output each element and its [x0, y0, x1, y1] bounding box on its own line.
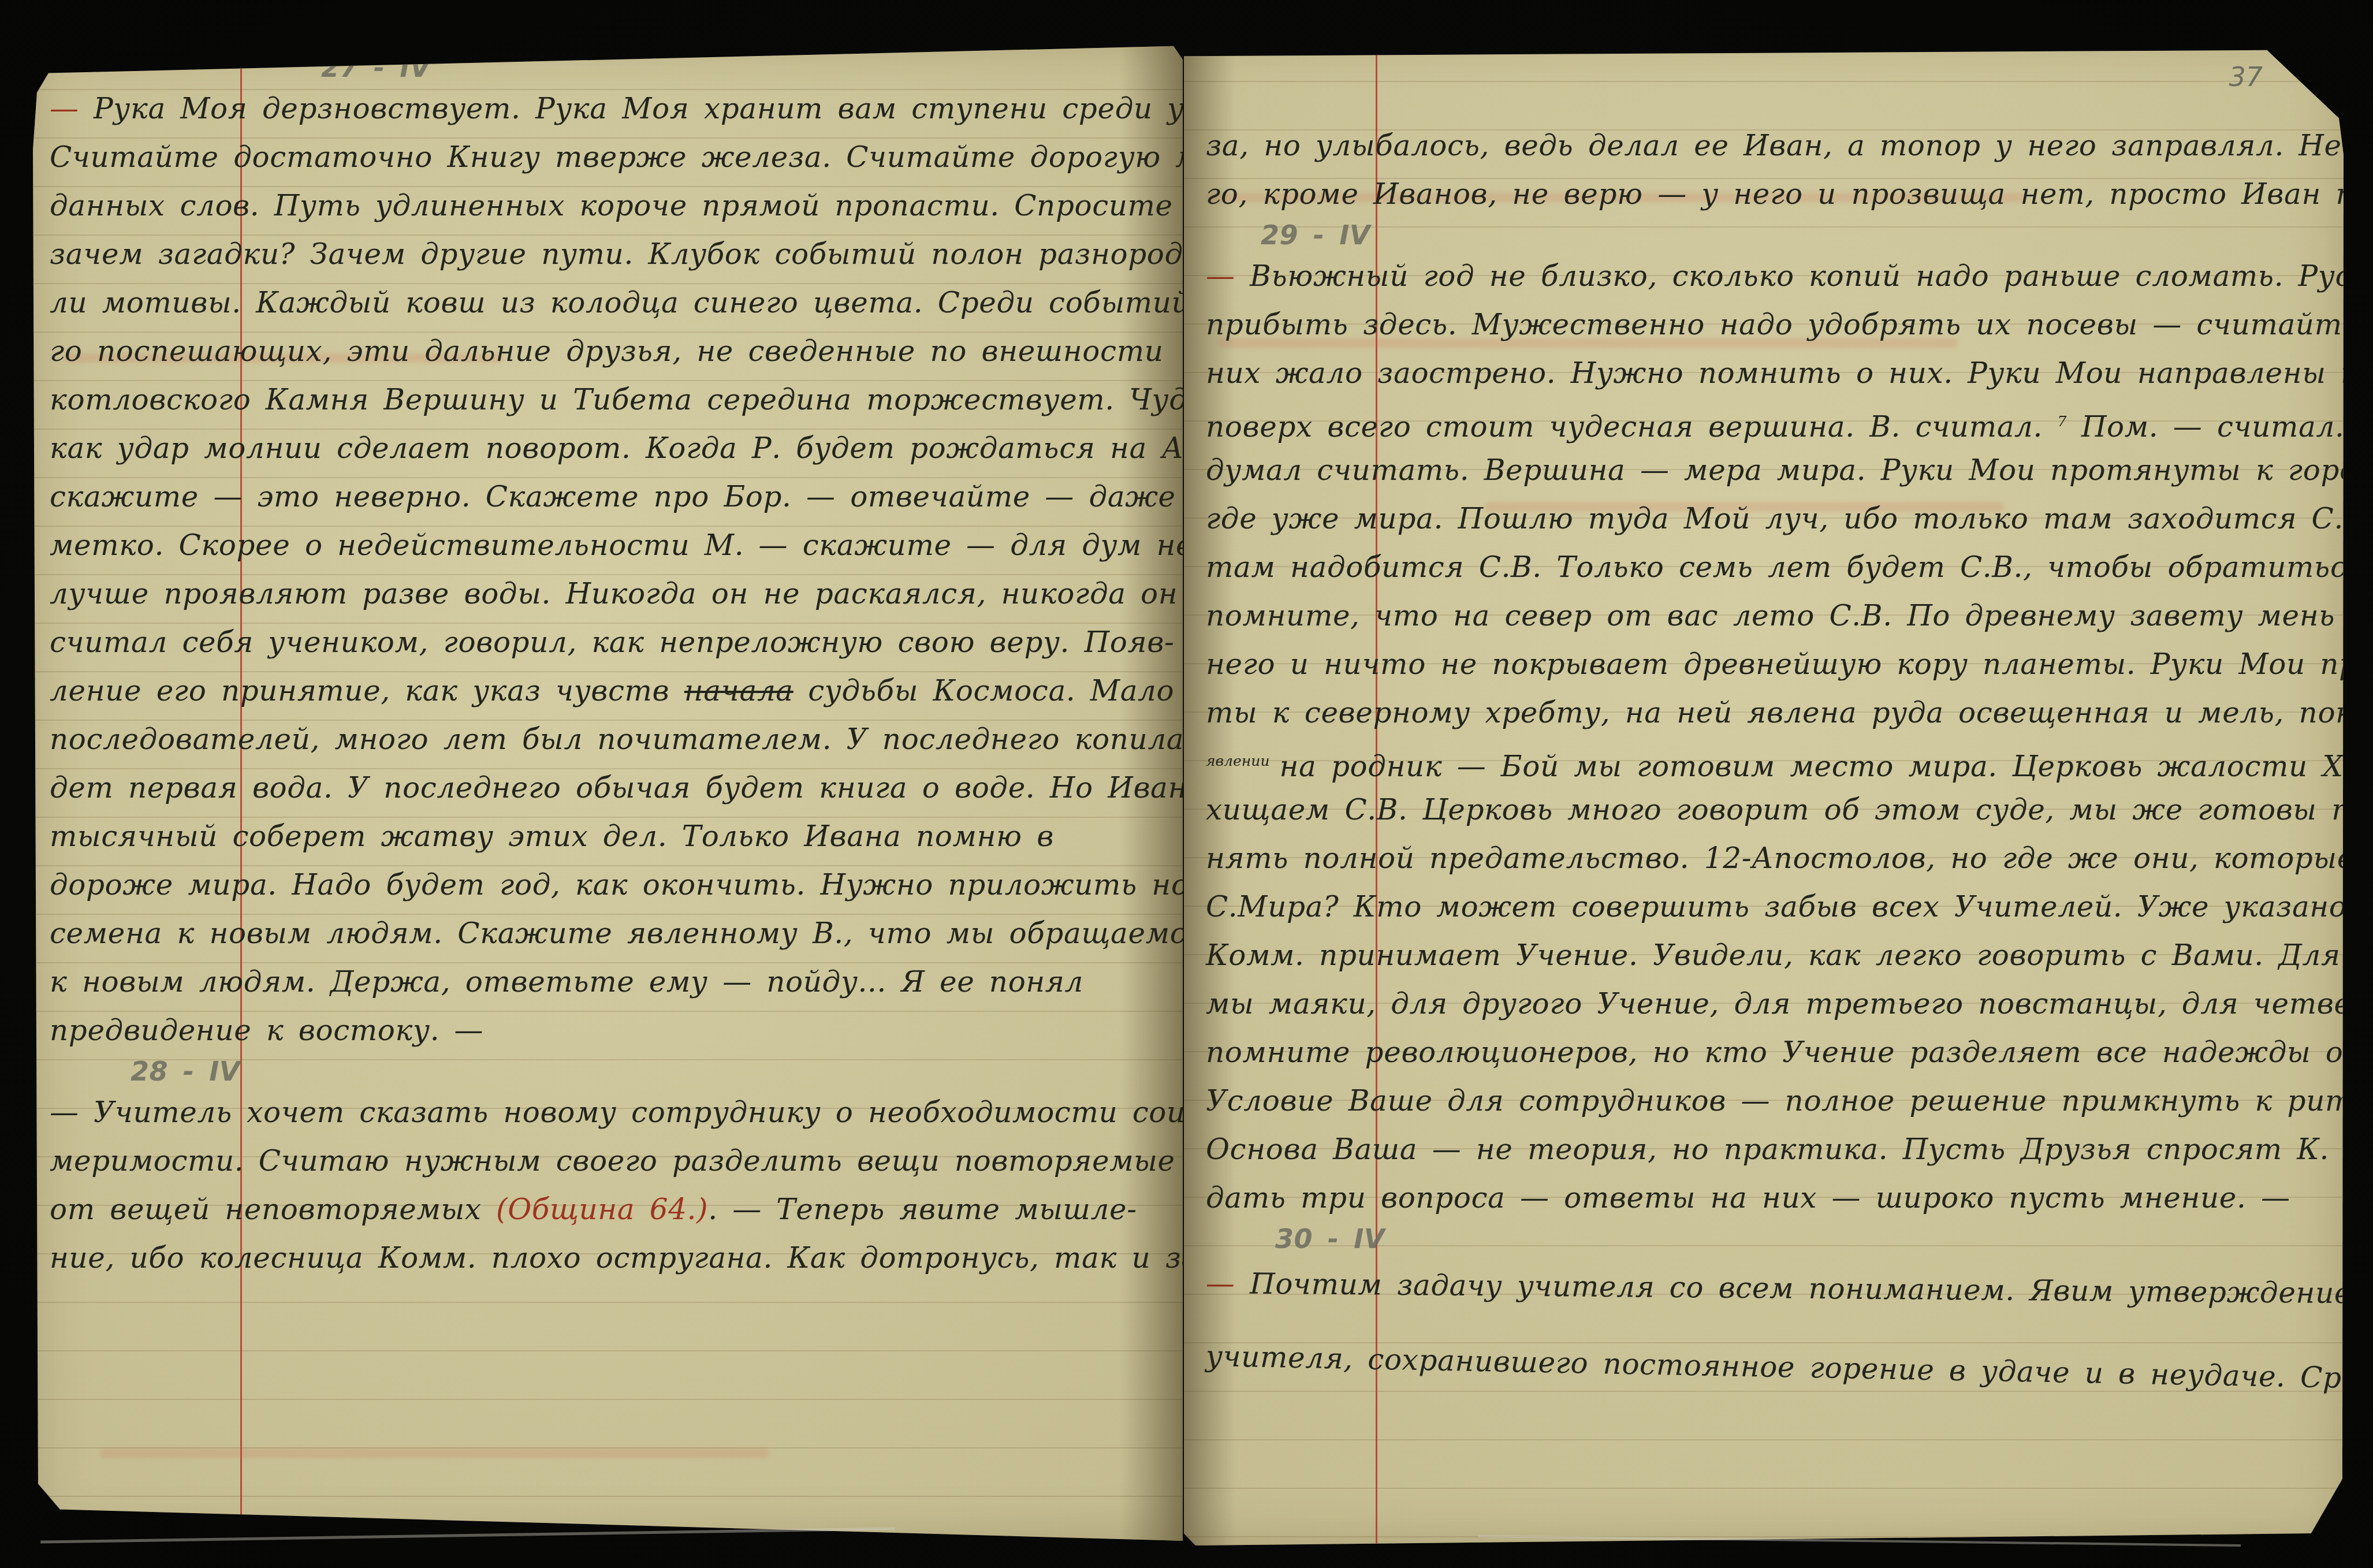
text-segment-ink: мы маяки, для другого Учение, для третье…: [1206, 987, 2344, 1020]
text-segment-ink: хищаем С.В. Церковь много говорит об это…: [1206, 793, 2344, 826]
handwritten-line: как удар молнии сделает поворот. Когда Р…: [50, 424, 1176, 472]
handwritten-line: го, кроме Иванов, не верю — у него и про…: [1206, 170, 2337, 218]
text-segment-pencil: 27 - IV: [321, 52, 431, 83]
handwritten-line: него и ничто не покрывает древнейшую кор…: [1206, 640, 2337, 688]
text-segment-sup: явлении: [1206, 753, 1279, 769]
handwritten-line: котловского Камня Вершину и Тибета серед…: [50, 375, 1176, 424]
text-segment-red: —: [50, 92, 94, 125]
text-segment-ink: Условие Ваше для сотрудников — полное ре…: [1206, 1084, 2344, 1118]
handwritten-line: семена к новым людям. Скажите явленному …: [50, 909, 1176, 958]
ink-smear: [99, 1448, 769, 1458]
handwritten-line: за, но улыбалось, ведь делал ее Иван, а …: [1206, 121, 2337, 170]
handwritten-line: ли мотивы. Каждый ковш из колодца синего…: [50, 278, 1176, 327]
text-segment-ink: Пом. — считал. Мы: [2066, 410, 2344, 444]
handwritten-line: скажите — это неверно. Скажете про Бор. …: [50, 472, 1176, 521]
text-segment-ink: на родник — Бой мы готовим место мира. Ц…: [1279, 750, 2344, 783]
text-segment-ink: за, но улыбалось, ведь делал ее Иван, а …: [1206, 129, 2344, 162]
text-segment-ink: там надобится С.В. Только семь лет будет…: [1206, 550, 2344, 584]
text-segment-ink: метко. Скорее о недействительности М. — …: [50, 528, 1183, 562]
handwritten-line: го поспешающих, эти дальние друзья, не с…: [50, 327, 1176, 375]
text-segment-ink: дет первая вода. У последнего обычая буд…: [50, 771, 1183, 805]
handwritten-line: Условие Ваше для сотрудников — полное ре…: [1206, 1077, 2337, 1125]
text-segment-ink: скажите — это неверно. Скажете про Бор. …: [50, 480, 1183, 513]
text-segment-red: —: [1206, 259, 1250, 293]
handwritten-line: — Рука Моя дерзновствует. Рука Моя храни…: [50, 84, 1176, 133]
handwritten-line: от вещей неповторяемых (Община 64.). — Т…: [50, 1185, 1176, 1234]
text-segment-ink: помните, что на север от вас лето С.В. П…: [1206, 599, 2344, 632]
text-segment-ink: Учитель хочет сказать новому сотруднику …: [94, 1096, 1183, 1129]
handwritten-line: данных слов. Путь удлиненных короче прям…: [50, 181, 1176, 230]
text-segment-ink: предвидение к востоку. —: [50, 1014, 483, 1047]
handwritten-line: считал себя учеником, говорил, как непре…: [50, 618, 1176, 666]
text-segment-ink: го, кроме Иванов, не верю — у него и про…: [1206, 177, 2344, 211]
handwritten-line: последователей, много лет был почитателе…: [50, 715, 1176, 763]
text-segment-ink: го поспешающих, эти дальние друзья, не с…: [50, 334, 1163, 368]
handwritten-line: тысячный соберет жатву этих дел. Только …: [50, 812, 1176, 861]
text-segment-ink: тысячный соберет жатву этих дел. Только …: [50, 820, 1054, 853]
handwritten-line: мы маяки, для другого Учение, для третье…: [1206, 979, 2337, 1028]
text-segment-ink: Считайте достаточно Книгу тверже железа.…: [50, 140, 1183, 174]
text-segment-red: (Община 64.): [496, 1193, 708, 1226]
handwritten-line: где уже мира. Пошлю туда Мой луч, ибо то…: [1206, 494, 2337, 543]
handwritten-line: Комм. принимает Учение. Увидели, как лег…: [1206, 931, 2337, 979]
text-segment-ink: Вьюжный год не близко, сколько копий над…: [1250, 259, 2344, 293]
text-segment-ink: котловского Камня Вершину и Тибета серед…: [50, 383, 1183, 416]
text-segment-ink: ние, ибо колесница Комм. плохо оструганa…: [50, 1241, 1183, 1275]
text-segment-ink: Рука Моя дерзновствует. Рука Моя хранит …: [94, 92, 1183, 125]
handwritten-line: ты к северному хребту, на ней явлена руд…: [1206, 688, 2337, 737]
text-segment-sup: 7: [2058, 413, 2067, 430]
text-segment-ink: считал себя учеником, говорил, как непре…: [50, 625, 1174, 659]
text-segment-ink: от вещей неповторяемых: [50, 1193, 496, 1226]
handwritten-line: них жало заострено. Нужно помнить о них.…: [1206, 349, 2337, 397]
entry-date: 28 - IV: [50, 1053, 1176, 1089]
handwritten-line: поверх всего стоит чудесная вершина. В. …: [1206, 397, 2337, 446]
handwritten-line: помните, что на север от вас лето С.В. П…: [1206, 591, 2337, 640]
handwritten-line: ние, ибо колесница Комм. плохо оструганa…: [50, 1234, 1176, 1282]
page-number: 37: [2229, 61, 2263, 92]
text-segment-pencil: 28 - IV: [131, 1056, 240, 1087]
handwritten-line: ление его принятие, как указ чувств нача…: [50, 666, 1176, 715]
entry-date: 27 - IV: [50, 50, 1176, 85]
left-page: 27 - IV— Рука Моя дерзновствует. Рука Мо…: [30, 42, 1183, 1541]
text-segment-ink: дороже мира. Надо будет год, как окончит…: [50, 868, 1183, 902]
text-segment-ink: Почтим задачу учителя со всем пониманием…: [1250, 1267, 2344, 1310]
handwritten-line: — Вьюжный год не близко, сколько копий н…: [1206, 252, 2337, 300]
handwritten-line: меримости. Считаю нужным своего разделит…: [50, 1137, 1176, 1185]
text-segment-ink: нять полной предательство. 12-Апостолов,…: [1206, 841, 2344, 875]
right-page: 37 за, но улыбалось, ведь делал ее Иван,…: [1184, 33, 2344, 1545]
text-segment-ink: поверх всего стоит чудесная вершина. В. …: [1206, 410, 2058, 444]
handwritten-line: предвидение к востоку. —: [50, 1006, 1176, 1055]
text-segment-ink: ты к северному хребту, на ней явлена руд…: [1206, 696, 2344, 729]
text-segment-ink: Комм. принимает Учение. Увидели, как лег…: [1206, 938, 2344, 972]
text-segment-pencil: 29 - IV: [1261, 219, 1370, 251]
handwritten-line: лучше проявляют разве воды. Никогда он н…: [50, 569, 1176, 618]
handwritten-line: Считайте достаточно Книгу тверже железа.…: [50, 133, 1176, 181]
handwritten-line: к новым людям. Держа, ответьте ему — пой…: [50, 958, 1176, 1006]
text-segment-ink: него и ничто не покрывает древнейшую кор…: [1206, 647, 2344, 681]
text-segment-ink: ление его принятие, как указ чувств: [50, 674, 684, 707]
handwritten-line: помните революционеров, но кто Учение ра…: [1206, 1028, 2337, 1077]
text-segment-ink: . — Теперь явите мышле-: [708, 1193, 1137, 1226]
handwritten-line: думал считать. Вершина — мера мира. Руки…: [1206, 446, 2337, 494]
text-segment-ink: думал считать. Вершина — мера мира. Руки…: [1206, 453, 2344, 487]
text-segment-ink: данных слов. Путь удлиненных короче прям…: [50, 189, 1183, 222]
handwritten-line: дет первая вода. У последнего обычая буд…: [50, 763, 1176, 812]
handwritten-line: прибыть здесь. Мужественно надо удобрять…: [1206, 300, 2337, 349]
text-segment-ink: лучше проявляют разве воды. Никогда он н…: [50, 577, 1183, 610]
text-segment-ink: ли мотивы. Каждый ковш из колодца синего…: [50, 286, 1183, 319]
text-segment-ink: судьбы Космоса. Мало: [794, 674, 1174, 707]
handwritten-line: Основа Ваша — не теория, но практика. Пу…: [1206, 1125, 2337, 1174]
text-segment-ink: Основа Ваша — не теория, но практика. Пу…: [1206, 1133, 2344, 1166]
text-segment-ink: как удар молнии сделает поворот. Когда Р…: [50, 431, 1183, 465]
handwritten-line: — Почтим задачу учителя со всем понимани…: [1206, 1259, 2337, 1317]
left-page-text: 27 - IV— Рука Моя дерзновствует. Рука Мо…: [50, 51, 1176, 1282]
text-segment-ink: дать три вопроса — ответы на них — широк…: [1206, 1181, 2290, 1215]
handwritten-line: С.Мира? Кто может совершить забыв всех У…: [1206, 882, 2337, 931]
scanned-notebook-spread: 27 - IV— Рука Моя дерзновствует. Рука Мо…: [0, 0, 2373, 1568]
handwritten-line: явлении на родник — Бой мы готовим место…: [1206, 737, 2337, 785]
text-segment-strike: начала: [684, 674, 794, 707]
text-segment-ink: семена к новым людям. Скажите явленному …: [50, 917, 1183, 950]
handwritten-line: дать три вопроса — ответы на них — широк…: [1206, 1174, 2337, 1222]
text-segment-ink: них жало заострено. Нужно помнить о них.…: [1206, 356, 2344, 390]
text-segment-ink: где уже мира. Пошлю туда Мой луч, ибо то…: [1206, 502, 2344, 535]
page-edge-sliver: [40, 1527, 895, 1543]
entry-date: 30 - IV: [1206, 1221, 2337, 1257]
text-segment-ink: меримости. Считаю нужным своего разделит…: [50, 1144, 1175, 1178]
handwritten-line: там надобится С.В. Только семь лет будет…: [1206, 543, 2337, 591]
text-segment-ink: прибыть здесь. Мужественно надо удобрять…: [1206, 308, 2344, 341]
right-page-text: за, но улыбалось, ведь делал ее Иван, а …: [1206, 121, 2337, 1380]
handwritten-line: зачем загадки? Зачем другие пути. Клубок…: [50, 230, 1176, 278]
handwritten-line: нять полной предательство. 12-Апостолов,…: [1206, 834, 2337, 882]
text-segment-pencil: 30 - IV: [1275, 1223, 1385, 1254]
text-segment-red: —: [1206, 1267, 1250, 1301]
handwritten-line: дороже мира. Надо будет год, как окончит…: [50, 861, 1176, 909]
handwritten-line: — Учитель хочет сказать новому сотрудник…: [50, 1088, 1176, 1137]
text-segment-ink: к новым людям. Держа, ответьте ему — пой…: [50, 965, 1083, 999]
text-segment-ink: —: [50, 1096, 94, 1129]
text-segment-ink: последователей, много лет был почитателе…: [50, 722, 1183, 756]
entry-date: 29 - IV: [1206, 217, 2337, 253]
handwritten-line: метко. Скорее о недействительности М. — …: [50, 521, 1176, 569]
text-segment-ink: помните революционеров, но кто Учение ра…: [1206, 1036, 2344, 1069]
handwritten-line: хищаем С.В. Церковь много говорит об это…: [1206, 785, 2337, 834]
text-segment-ink: зачем загадки? Зачем другие пути. Клубок…: [50, 237, 1183, 271]
text-segment-ink: С.Мира? Кто может совершить забыв всех У…: [1206, 890, 2344, 923]
